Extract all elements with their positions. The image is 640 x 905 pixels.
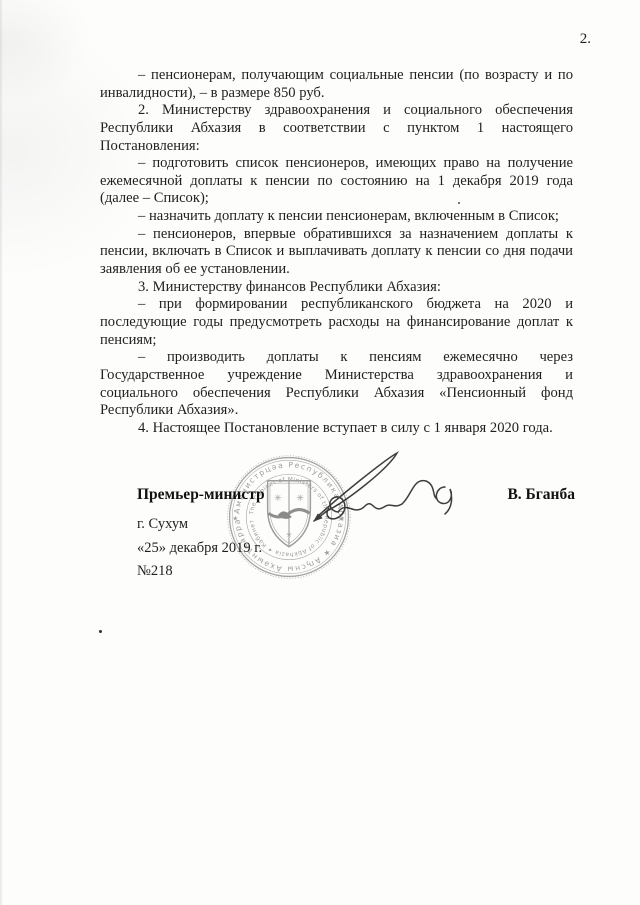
body-line: Государственное учреждение Министерства … [100,367,573,385]
scan-speck [458,202,460,204]
body-line: 4. Настоящее Постановление вступает в си… [100,420,573,438]
stray-period [99,630,102,633]
body-line: Республики Абхазия». [100,402,573,420]
svg-text:✳: ✳ [274,493,282,504]
seal-left-star: ★ [232,515,238,523]
svg-text:✳: ✳ [286,530,292,539]
document-page: 2. – пенсионерам, получающим социальные … [0,0,640,905]
body-line: заявления об ее установлении. [100,261,573,279]
body-line: инвалидности), – в размере 850 руб. [100,85,573,103]
body-line: – производить доплаты к пенсиям ежемесяч… [100,349,573,367]
body-line: 2. Министерству здравоохранения и социал… [100,102,573,120]
body-line: пенсии, включать в Список и выплачивать … [100,243,573,261]
body-line: – подготовить список пенсионеров, имеющи… [100,155,573,173]
body-line: – пенсионерам, получающим социальные пен… [100,67,573,85]
body-line: – при формировании республиканского бюдж… [100,296,573,314]
body-line: Постановления: [100,138,573,156]
body-line: (далее – Список); [100,190,573,208]
body-line: последующие годы предусмотреть расходы н… [100,314,573,332]
body-line: – назначить доплату к пенсии пенсионерам… [100,208,573,226]
body-line: 3. Министерству финансов Республики Абха… [100,279,573,297]
signature-city: г. Сухум [137,516,188,533]
document-body: – пенсионерам, получающим социальные пен… [100,67,573,437]
body-line: ежемесячной доплаты к пенсии по состояни… [100,173,573,191]
body-line: социального обеспечения Республики Абхаз… [100,385,573,403]
document-number: №218 [137,563,173,580]
body-line: – пенсионеров, впервые обратившихся за н… [100,226,573,244]
body-line: Республики Абхазия в соответствии с пунк… [100,120,573,138]
body-line: пенсиям; [100,332,573,350]
signer-name: В. Бганба [507,486,575,504]
page-number: 2. [580,31,591,48]
signature-scrawl [285,440,475,525]
